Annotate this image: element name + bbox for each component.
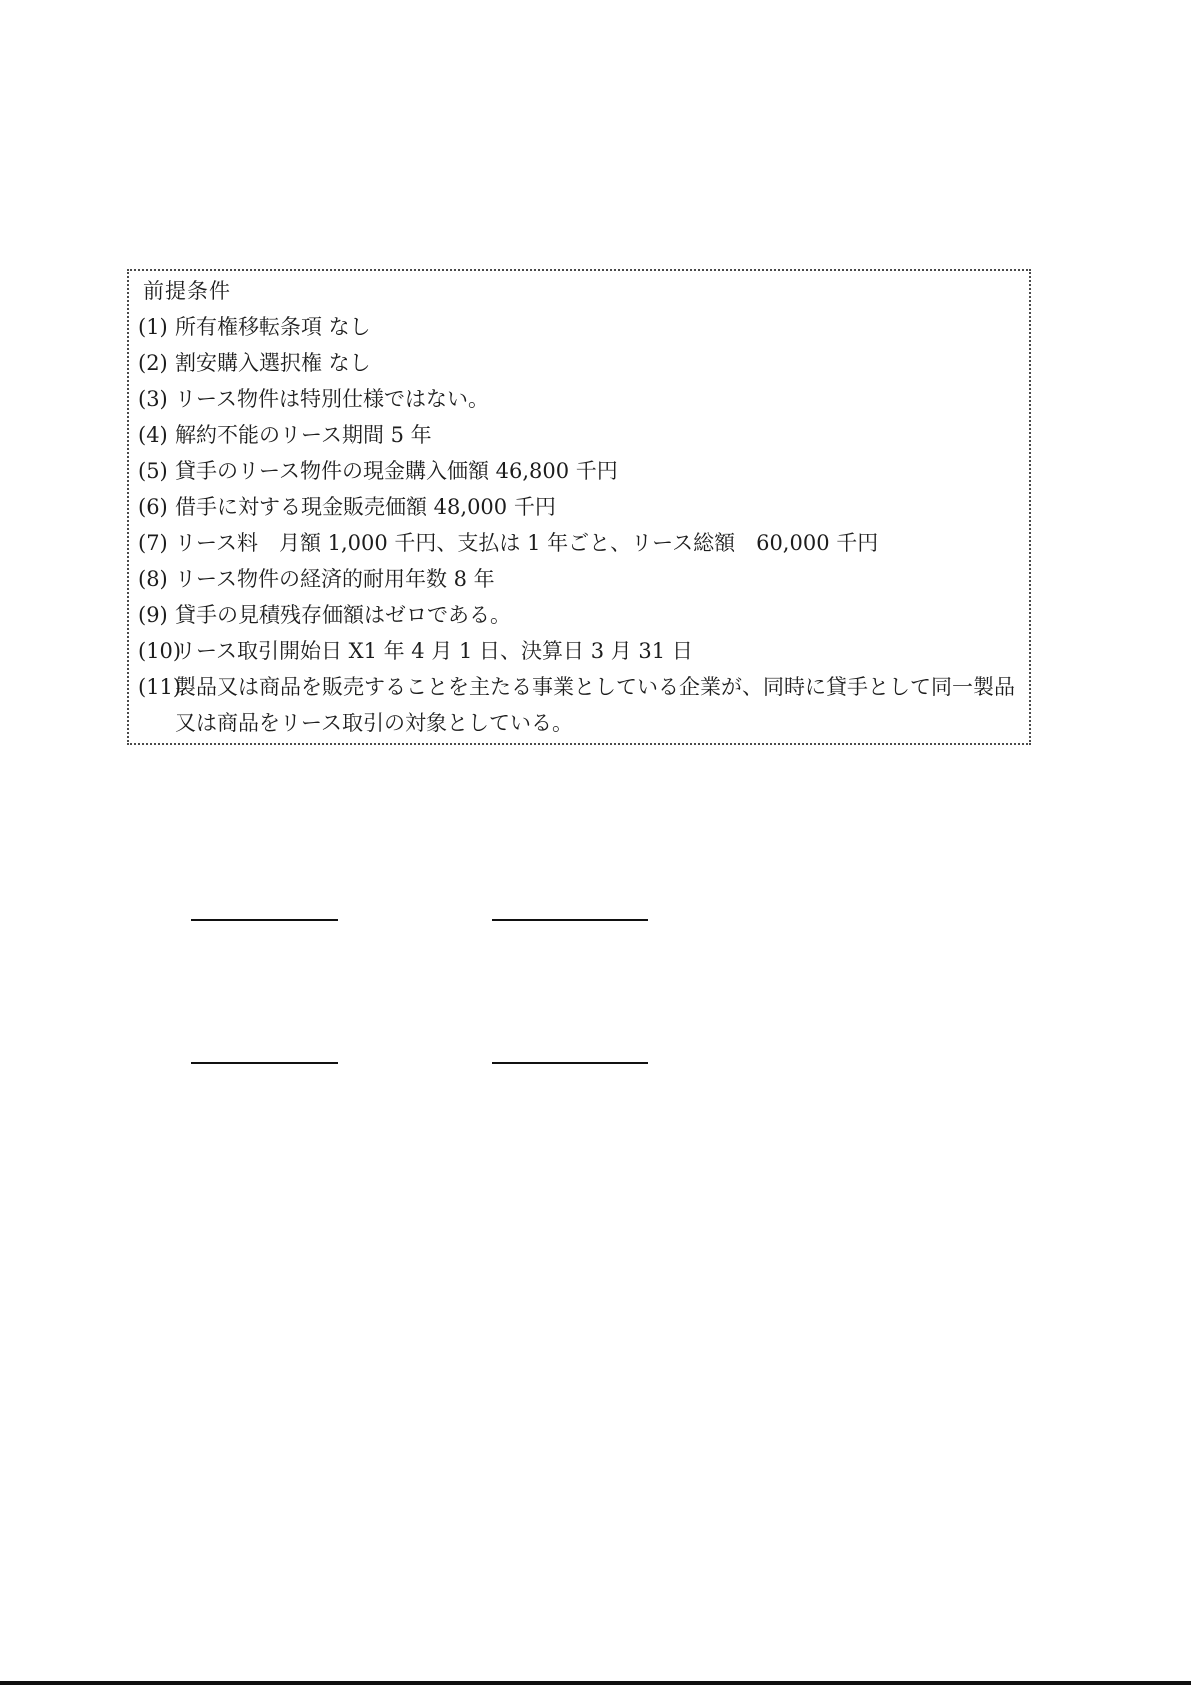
item-number: (11) [138, 669, 175, 705]
item-text: リース取引開始日 X1 年 4 月 1 日、決算日 3 月 31 日 [175, 633, 1017, 669]
item-text: リース物件の経済的耐用年数 8 年 [175, 561, 1017, 597]
premise-item-2: (2) 割安購入選択権 なし [138, 345, 1017, 381]
item-text: 解約不能のリース期間 5 年 [175, 417, 1017, 453]
item-number: (10) [138, 633, 175, 669]
item-text: リース物件は特別仕様ではない。 [175, 381, 1017, 417]
page-bottom-edge-line [0, 1681, 1191, 1685]
premise-item-11: (11) 製品又は商品を販売することを主たる事業としている企業が、同時に貸手とし… [138, 669, 1017, 741]
premise-conditions-box: 前提条件 (1) 所有権移転条項 なし (2) 割安購入選択権 なし (3) リ… [127, 269, 1031, 745]
premise-item-6: (6) 借手に対する現金販売価額 48,000 千円 [138, 489, 1017, 525]
premise-item-8: (8) リース物件の経済的耐用年数 8 年 [138, 561, 1017, 597]
item-text: 貸手の見積残存価額はゼロである。 [175, 597, 1017, 633]
premise-item-7: (7) リース料 月額 1,000 千円、支払は 1 年ごと、リース総額 60,… [138, 525, 1017, 561]
answer-underline-row2-left [191, 1062, 338, 1064]
item-number: (9) [138, 597, 175, 633]
premise-item-5: (5) 貸手のリース物件の現金購入価額 46,800 千円 [138, 453, 1017, 489]
premise-box-title: 前提条件 [138, 273, 1017, 309]
premise-item-10: (10) リース取引開始日 X1 年 4 月 1 日、決算日 3 月 31 日 [138, 633, 1017, 669]
item-number: (5) [138, 453, 175, 489]
item-number: (6) [138, 489, 175, 525]
premise-item-3: (3) リース物件は特別仕様ではない。 [138, 381, 1017, 417]
item-number: (3) [138, 381, 175, 417]
premise-item-4: (4) 解約不能のリース期間 5 年 [138, 417, 1017, 453]
item-number: (1) [138, 309, 175, 345]
item-text: リース料 月額 1,000 千円、支払は 1 年ごと、リース総額 60,000 … [175, 525, 1017, 561]
item-number: (7) [138, 525, 175, 561]
answer-underline-row1-left [191, 919, 338, 921]
document-page: 前提条件 (1) 所有権移転条項 なし (2) 割安購入選択権 なし (3) リ… [0, 0, 1191, 1685]
item-text-line-1: 製品又は商品を販売することを主たる事業としている企業が、同時に貸手として同一製品 [175, 669, 1017, 705]
answer-underline-row2-right [492, 1062, 648, 1064]
item-number: (8) [138, 561, 175, 597]
item-text-line-2: 又は商品をリース取引の対象としている。 [175, 705, 1017, 741]
item-text: 割安購入選択権 なし [175, 345, 1017, 381]
item-text: 所有権移転条項 なし [175, 309, 1017, 345]
item-text: 製品又は商品を販売することを主たる事業としている企業が、同時に貸手として同一製品… [175, 669, 1017, 741]
item-text: 借手に対する現金販売価額 48,000 千円 [175, 489, 1017, 525]
premise-item-1: (1) 所有権移転条項 なし [138, 309, 1017, 345]
item-number: (4) [138, 417, 175, 453]
item-text: 貸手のリース物件の現金購入価額 46,800 千円 [175, 453, 1017, 489]
premise-item-9: (9) 貸手の見積残存価額はゼロである。 [138, 597, 1017, 633]
answer-underline-row1-right [492, 919, 648, 921]
item-number: (2) [138, 345, 175, 381]
